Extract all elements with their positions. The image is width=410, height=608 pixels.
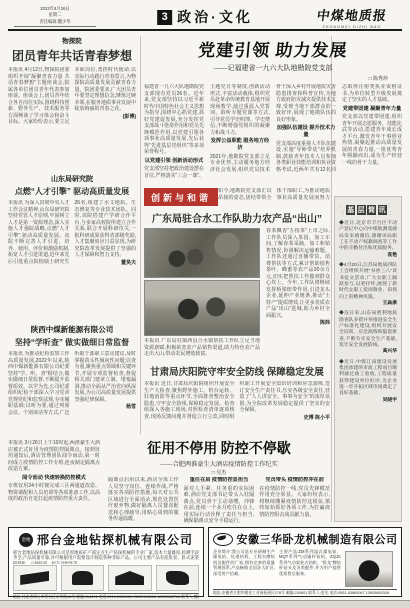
article-headline: 广东局驻合水工作队助力农产品“出山”	[144, 210, 330, 225]
ad-drilling-machinery: 金地 邢台金地钻探机械有限公司 邢台金地钻探机械有限公司是原地质矿产部定点生产钻…	[8, 527, 204, 597]
article-headline: 坚持“学听查” 做实做细日常监督	[8, 337, 136, 348]
article-subtitle: ——合肥两淮豪生大酒店疫情防控工作纪实	[108, 459, 330, 468]
section-subhead: 党建带团建 凝聚青年力量	[342, 106, 402, 113]
paragraph: 如今,地勘院党支部正以昂扬的姿态,团结带领全体干部职工,为推动地质事业高质量发展…	[218, 188, 330, 207]
brief-item: ◆近日,中煤江南建设发展集团承建的市政工程项目顺利通过竣工验收,工程质量获得建设…	[339, 360, 397, 404]
article-talent: 山东局研究院 点燃“人才引擎” 驱动高质量发展 本报讯 为深入贯彻中央人才工作会…	[8, 174, 136, 324]
briefs-sidebar: ∶〔 基 层 简 讯 〕∶ ◆近日,北京市丰台区不动产登记中心向中煤航测遥感局发…	[334, 196, 402, 522]
briefs-badge: ∶〔 基 层 简 讯 〕∶	[339, 203, 397, 217]
article-body: 本报讯 近日,甘肃局庆阳院组织开展安全生产大检查,聚焦野外施工、机台运转、驻地消…	[144, 381, 330, 439]
article-body: 本报讯 为深入贯彻中央人才工作会议精神,山东局研究院坚持党管人才原则,牢固树立人…	[8, 200, 136, 324]
article-author: 杨雪	[75, 404, 137, 411]
badge-deco-right: 〕∶	[388, 203, 397, 217]
ad-contact-line: 地址:河北省邢台市桥东区东华路18号 邮编:054001 电话:0319-268…	[13, 593, 199, 600]
article-body-left: 本报讯 3月26日上午10时起,两淮豪生大酒店被正式征用为疫情防控隔离点。接到征…	[8, 440, 100, 522]
ad-title-row: 金地 邢台金地钻探机械有限公司	[13, 531, 199, 548]
product-photo	[156, 565, 200, 591]
header-rule	[8, 29, 402, 31]
editor-line: 责任编辑:魏少华	[14, 19, 96, 25]
section-subhead: 发挥公益职能 服务地方经济	[210, 138, 270, 152]
badge-char: 基	[346, 205, 355, 215]
badge-char: 简	[367, 205, 376, 215]
column-badge: 创新与和谐	[144, 188, 218, 206]
badge-char: 讯	[378, 205, 387, 215]
paragraph: 隔离点启用以来,酒店全体工作人员坚守岗位、连续作战,严格落实各项防控措施,每天对…	[108, 477, 179, 523]
article-byline: □ 陈秀珍	[144, 75, 402, 82]
paragraph: 党支部以党建带团建,组织青年开展志愿服务、技能比武等活动,搭建青年成长成才平台,…	[342, 114, 402, 166]
article-subtitle: ——记福建省一九六大队地勘院党支部	[144, 63, 402, 73]
badge-char: 层	[357, 205, 366, 215]
article-body: 本报讯 为推动纪检监察工作高质量发展,2022年以来,陕西中煤新能源有限公司纪委…	[8, 351, 136, 437]
brief-text: ◆4月20日,江苏局地质四队工会组织开展“书香三八”读书征文活动,广大女职工踊跃…	[339, 263, 397, 300]
article-body: 福建省一九六大队地勘院党支部现有党员26名。近年来,党支部坚持以习近平新时代中国…	[144, 84, 402, 196]
article-hotel: 本报讯 3月26日上午10时起,两淮豪生大酒店被正式征用为疫情防控隔离点。接到征…	[8, 438, 330, 522]
brief-author: 王焱康	[339, 301, 397, 307]
masthead-title: 中煤地质报	[305, 5, 400, 24]
brief-text: ◆近日,中煤江南建设发展集团承建的市政工程项目顺利通过竣工验收,工程质量获得建设…	[339, 360, 397, 397]
article-kicker: 物探院	[8, 36, 136, 45]
brief-author: 吴晓宇	[339, 398, 397, 404]
article-headline: 点燃“人才引擎” 驱动高质量发展	[8, 186, 136, 197]
product-photo	[108, 565, 152, 591]
section-subhead: 加强队伍建设 提升技术力量	[276, 125, 336, 139]
article-gansu: 甘肃局庆阳院守牢安全防线 保障稳定发展 本报讯 近日,甘肃局庆阳院组织开展安全生…	[144, 364, 330, 439]
article-youth: 物探院 团员青年共话青春梦想 本报讯 4月12日,物探院团委组织开展“凝聚青春力…	[8, 36, 136, 175]
article-body: 本报讯 4月12日,物探院团委组织开展“凝聚青春力量 共话青春梦想”主题座谈会,…	[8, 67, 136, 175]
article-author: 董昊夫	[75, 260, 137, 267]
article-headline: 党建引领 助力发展	[143, 36, 403, 61]
column-divider	[140, 36, 141, 434]
article-headline: 团员青年共话青春梦想	[8, 47, 136, 64]
product-photo	[345, 551, 393, 587]
section-header: 3 政治·文化	[157, 7, 253, 27]
paragraph: 春茶飘香“五指茶”上市之际,工作队员深入茶园、加工车间,了解春茶采摘、加工和销售…	[266, 228, 330, 319]
paragraph: 本报讯 3月26日上午10时起,两淮豪生大酒店被正式征用为疫情防控隔离点。接到征…	[8, 440, 100, 473]
ad-body: 企业简介:我公司是专业研制生产煤电钻、坑道钻机、工程水磨钻机及配件的厂家,拥有完…	[213, 549, 397, 587]
brief-text: ◆近日,北京市丰台区不动产登记中心向中煤航测遥感局发来感谢信,感谢该局职工在不动…	[339, 221, 397, 251]
article-author: 史博 陈小平	[240, 415, 331, 422]
article-author: 陈炜	[266, 320, 330, 327]
article-party-building: 党建引领 助力发展 ——记福建省一九六大队地勘院党支部 □ 陈秀珍 福建省一九六…	[144, 36, 402, 196]
brief-item: ◆4月20日,江苏局地质四队工会组织开展“书香三八”读书征文活动,广大女职工踊跃…	[339, 263, 397, 307]
paragraph: 本报讯 广东局驻揭西县合水镇帮扶工作队立足当地资源禀赋,积极拓宽农产品销售渠道,…	[144, 338, 260, 358]
product-photo	[13, 565, 57, 591]
section-subhead: 重任在肩 疫情防控显担当	[184, 477, 255, 484]
product-photo-row	[13, 565, 199, 591]
section-title: 政治·文化	[177, 7, 253, 27]
page-number-badge: 3	[157, 10, 172, 25]
article-body: 隔离点启用以来,酒店全体工作人员坚守岗位、连续作战,严格落实各项防控措施,每天对…	[108, 477, 330, 525]
ad-company-name: 邢台金地钻探机械有限公司	[37, 531, 193, 548]
date-block: 2022年4月26日 星期二 责任编辑:魏少华	[14, 6, 96, 27]
article-supervision: 陕西中煤新能源有限公司 坚持“学听查” 做实做细日常监督 本报讯 为推动纪检监察…	[8, 324, 136, 437]
ad-products-column: 主要产品:ZM系列湿式煤电钻、MQT系列气动锚杆钻机、ZQJC系列气动架柱式钻机…	[279, 549, 341, 587]
section-subhead: 以党建引领 创新活动形式	[144, 158, 204, 165]
paragraph: 面对人手紧、任务重的实际困难,酒店党支部书记带头入驻隔离点,党员骨干主动请缨、冲…	[184, 486, 255, 525]
paragraph: 本报讯 为深入贯彻中央人才工作会议精神,山东局研究院坚持党管人才原则,牢固树立人…	[8, 200, 136, 266]
masthead: 中煤地质报 ZHONGMEI DIZHI BAO	[306, 5, 398, 29]
news-photo	[144, 228, 260, 278]
section-subhead: 闻令而动 快速转换防控模式	[8, 475, 100, 482]
company-logo-icon: 金地	[19, 533, 33, 547]
article-byline: □ 吴杰	[108, 469, 330, 476]
paragraph: 专班仅用24小时便完成三区两通道改造、物资调配和人员培训等各项准备工作,以高度的…	[8, 483, 100, 503]
paragraph: 在疫情防控一线,党员先锋模范作用充分彰显。大家纷纷表示,将继续绷紧疫情防控这根弦…	[259, 486, 330, 519]
article-guangdong: 广东局驻合水工作队助力农产品“出山” 本报讯 广东局驻揭西县合水镇帮扶工作队立足…	[144, 210, 330, 370]
article-body: 春茶飘香“五指茶”上市之际,工作队员深入茶园、加工车间,了解春茶采摘、加工和销售…	[266, 228, 330, 370]
section-subhead: 党员带头 疫情防控冲在前	[259, 477, 330, 484]
article-headline: 征用不停用 防控不停歇	[108, 438, 330, 458]
article-head-block: 征用不停用 防控不停歇 ——合肥两淮豪生大酒店疫情防控工作纪实 □ 吴杰 隔离点…	[108, 438, 330, 525]
ad-company-name: 安徽三华卧龙机械制造有限公司	[237, 531, 398, 547]
article-author: (彭博)	[75, 114, 137, 121]
ad-contact-line: 地址:安徽省合肥市桃花工业园拓展区278号 邮编:230601 联系人:夏先 电…	[213, 589, 397, 596]
article-headline: 甘肃局庆阳院守牢安全防线 保障稳定发展	[144, 364, 330, 378]
brief-author: 高兴华	[339, 349, 397, 355]
brief-author: 袁艳	[339, 253, 397, 259]
article-continuation: 如今,地勘院党支部正以昂扬的姿态,团结带领全体干部职工,为推动地质事业高质量发展…	[218, 188, 330, 207]
brief-item: ◆连日来,山东局胜利地质勘查队多措并举推进安全生产标准化建设,组织开展安全培训、…	[339, 311, 397, 355]
product-photo	[61, 565, 105, 591]
article-kicker: 陕西中煤新能源有限公司	[8, 324, 136, 335]
ad-wolong-machinery: 安徽三华卧龙机械制造有限公司 企业简介:我公司是专业研制生产煤电钻、坑道钻机、工…	[208, 527, 402, 597]
ad-intro-column: 企业简介:我公司是专业研制生产煤电钻、坑道钻机、工程水磨钻机及配件的厂家,拥有完…	[213, 549, 275, 587]
badge-deco-left: ∶〔	[339, 204, 345, 217]
article-kicker: 山东局研究院	[8, 174, 136, 184]
newspaper-page: 2022年4月26日 星期二 责任编辑:魏少华 3 政治·文化 中煤地质报 ZH…	[0, 0, 410, 608]
ad-intro: 邢台金地钻探机械有限公司是原地质矿产部定点生产钻探机械的专业厂家,技术力量雄厚,…	[13, 550, 199, 564]
brief-text: ◆连日来,山东局胜利地质勘查队多措并举推进安全生产标准化建设,组织开展安全培训、…	[339, 311, 397, 348]
company-logo-icon	[213, 533, 233, 546]
page-bottom-edge	[0, 600, 410, 608]
photo-stack: 本报讯 广东局驻揭西县合水镇帮扶工作队立足当地资源禀赋,积极拓宽农产品销售渠道,…	[144, 228, 260, 368]
paragraph: 福建省一九六大队地勘院党支部现有党员26名。近年来,党支部坚持以习近平新时代中国…	[144, 84, 204, 156]
brief-item: ◆近日,北京市丰台区不动产登记中心向中煤航测遥感局发来感谢信,感谢该局职工在不动…	[339, 221, 397, 259]
ad-title-row: 安徽三华卧龙机械制造有限公司	[213, 531, 397, 547]
news-photo	[144, 280, 260, 336]
